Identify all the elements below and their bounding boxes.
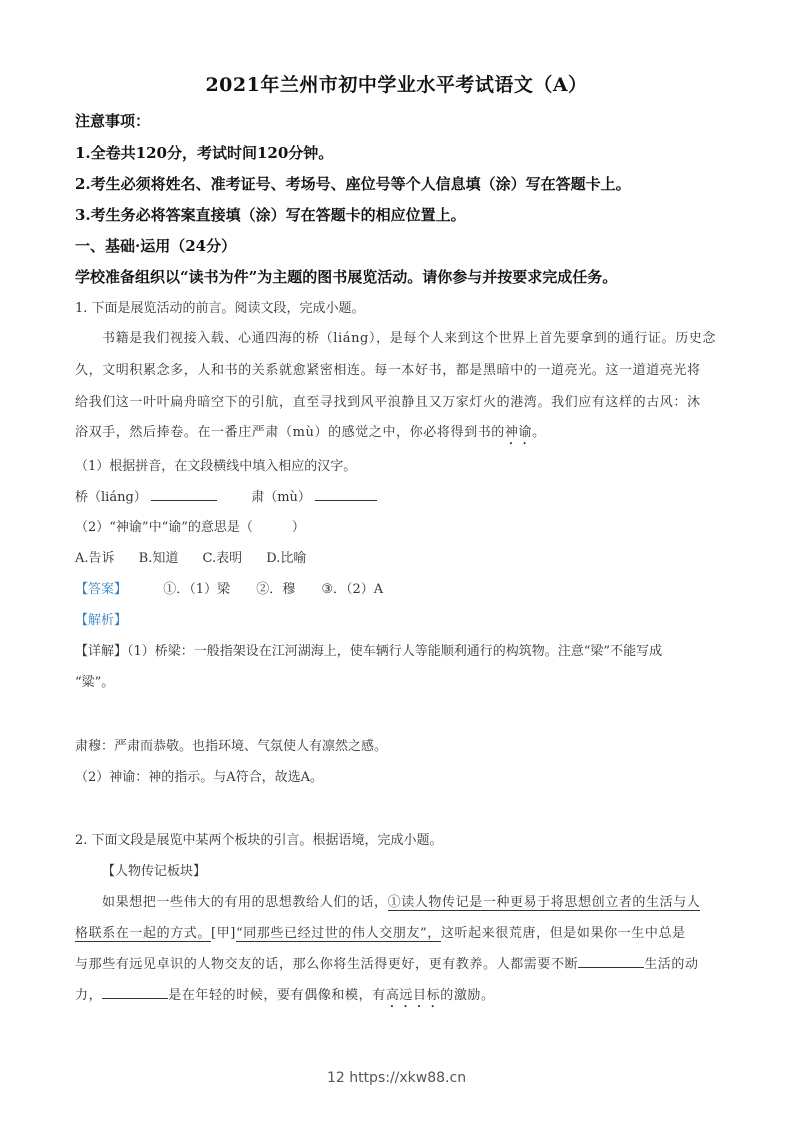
passage-line-3: 给我们这一叶叶扁舟暗空下的引航，直至寻找到风平浪静且又万家灯火的港湾。我们应有这…	[75, 391, 701, 410]
page-footer: 12 https://xkw88.cn	[0, 1070, 793, 1086]
underlined-sentence-1: ①读人物传记是一种更易于将思想创立者的生活与人	[388, 895, 701, 911]
detail-line-3: 肃穆：严肃而恭敬。也指环境、气氛使人有凛然之感。	[75, 735, 387, 754]
fill-blank-4[interactable]	[102, 986, 168, 999]
q2-line-4-suffix: 的激励。	[440, 988, 494, 1003]
option-a[interactable]: A.告诉	[75, 551, 115, 566]
q2-line-1-prefix: 如果想把一些伟大的有用的思想教给人们的话，	[102, 895, 388, 910]
underlined-sentence-1-cont: 格联系在一起的方式。	[75, 926, 211, 942]
section-heading: 一、基础·运用（24分）	[75, 235, 236, 256]
q2-line-4-mid: 是在年轻的时候，要有偶像和模，有	[168, 988, 386, 1003]
block-title: 【人物传记板块】	[102, 860, 206, 879]
exam-page: 2021年兰州市初中学业水平考试语文（A） 注意事项： 1.全卷共120分，考试…	[0, 0, 793, 1122]
passage-line-4-suffix: 。	[532, 425, 546, 440]
q2-line-4-prefix: 力，	[75, 988, 102, 1003]
fill-1-blank[interactable]	[151, 488, 217, 501]
question-1-stem: 1. 下面是展览活动的前言。阅读文段，完成小题。	[75, 297, 365, 316]
mark-jia: [甲]	[211, 926, 236, 941]
page-title: 2021年兰州市初中学业水平考试语文（A）	[0, 70, 793, 97]
emphasized-phrase: 高远目标	[386, 988, 440, 1003]
detail-line-1: 【详解】（1）桥梁：一般指架设在江河湖海上，使车辆行人等能顺利通行的构筑物。注意…	[75, 640, 662, 659]
answer-tag: 【答案】	[75, 582, 127, 597]
section-intro: 学校准备组织以“读书为件”为主题的图书展览活动。请你参与并按要求完成任务。	[75, 266, 617, 287]
question-2-stem: 2. 下面文段是展览中某两个板块的引言。根据语境，完成小题。	[75, 829, 443, 848]
passage-line-2: 久，文明积累念多，人和书的关系就愈紧密相连。每一本好书，都是黑暗中的一道亮光。这…	[75, 359, 701, 378]
passage-line-4-prefix: 浴双手，然后捧卷。在一番庄严肃（mù）的感觉之中，你必将得到书的	[75, 425, 505, 440]
emphasized-word: 神谕	[505, 425, 532, 440]
answer-row: 【答案】 ①．（1）梁 ②．穆 ③．（2）A	[75, 578, 383, 597]
notice-item-1: 1.全卷共120分，考试时间120分钟。	[75, 142, 333, 163]
passage-line-4: 浴双手，然后捧卷。在一番庄严肃（mù）的感觉之中，你必将得到书的神谕。	[75, 421, 546, 448]
detail-line-2: “粱”。	[75, 671, 114, 690]
fill-1-label: 桥（liáng）	[75, 490, 147, 505]
option-c[interactable]: C.表明	[203, 551, 243, 566]
notice-heading: 注意事项：	[75, 110, 150, 131]
q2-line-3-suffix: 生活的动	[644, 957, 698, 972]
underlined-sentence-jia: “同那些已经过世的伟人交朋友”，	[236, 926, 441, 942]
q2-line-2-suffix: 这听起来很荒唐，但是如果你一生中总是	[441, 926, 686, 941]
analysis-tag: 【解析】	[75, 609, 127, 628]
fill-2-label: 肃（mù）	[251, 490, 311, 505]
options-row: A.告诉 B.知道 C.表明 D.比喻	[75, 547, 306, 566]
notice-item-2: 2.考生必须将姓名、准考证号、考场号、座位号等个人信息填（涂）写在答题卡上。	[75, 173, 631, 194]
q2-line-2: 格联系在一起的方式。[甲]“同那些已经过世的伟人交朋友”，这听起来很荒唐，但是如…	[75, 922, 686, 941]
fill-blank-3[interactable]	[578, 955, 644, 968]
answer-1: ①．（1）梁	[163, 582, 230, 597]
detail-line-4: （2）神谕：神的指示。与A符合，故选A。	[75, 766, 323, 785]
answer-3: ③．（2）A	[321, 582, 383, 597]
fill-2-blank[interactable]	[315, 488, 377, 501]
fill-row: 桥（liáng） 肃（mù）	[75, 486, 377, 505]
answer-2: ②．穆	[256, 582, 295, 597]
q2-line-3: 与那些有远见卓识的人物交友的话，那么你将生活得更好，更有教养。人都需要不断生活的…	[75, 953, 699, 972]
option-b[interactable]: B.知道	[139, 551, 179, 566]
q2-line-4: 力，是在年轻的时候，要有偶像和模，有高远目标的激励。	[75, 984, 495, 1011]
q2-line-1: 如果想把一些伟大的有用的思想教给人们的话，①读人物传记是一种更易于将思想创立者的…	[102, 891, 700, 910]
passage-line-1: 书籍是我们视接入载、心通四海的桥（liáng），是每个人来到这个世界上首先要拿到…	[102, 327, 716, 346]
notice-item-3: 3.考生务必将答案直接填（涂）写在答题卡的相应位置上。	[75, 204, 466, 225]
q2-line-3-prefix: 与那些有远见卓识的人物交友的话，那么你将生活得更好，更有教养。人都需要不断	[75, 957, 578, 972]
sub-question-1: （1）根据拼音，在文段横线中填入相应的汉字。	[75, 455, 356, 474]
option-d[interactable]: D.比喻	[266, 551, 306, 566]
sub-question-2: （2）“神谕”中“谕”的意思是（ ）	[75, 516, 305, 535]
